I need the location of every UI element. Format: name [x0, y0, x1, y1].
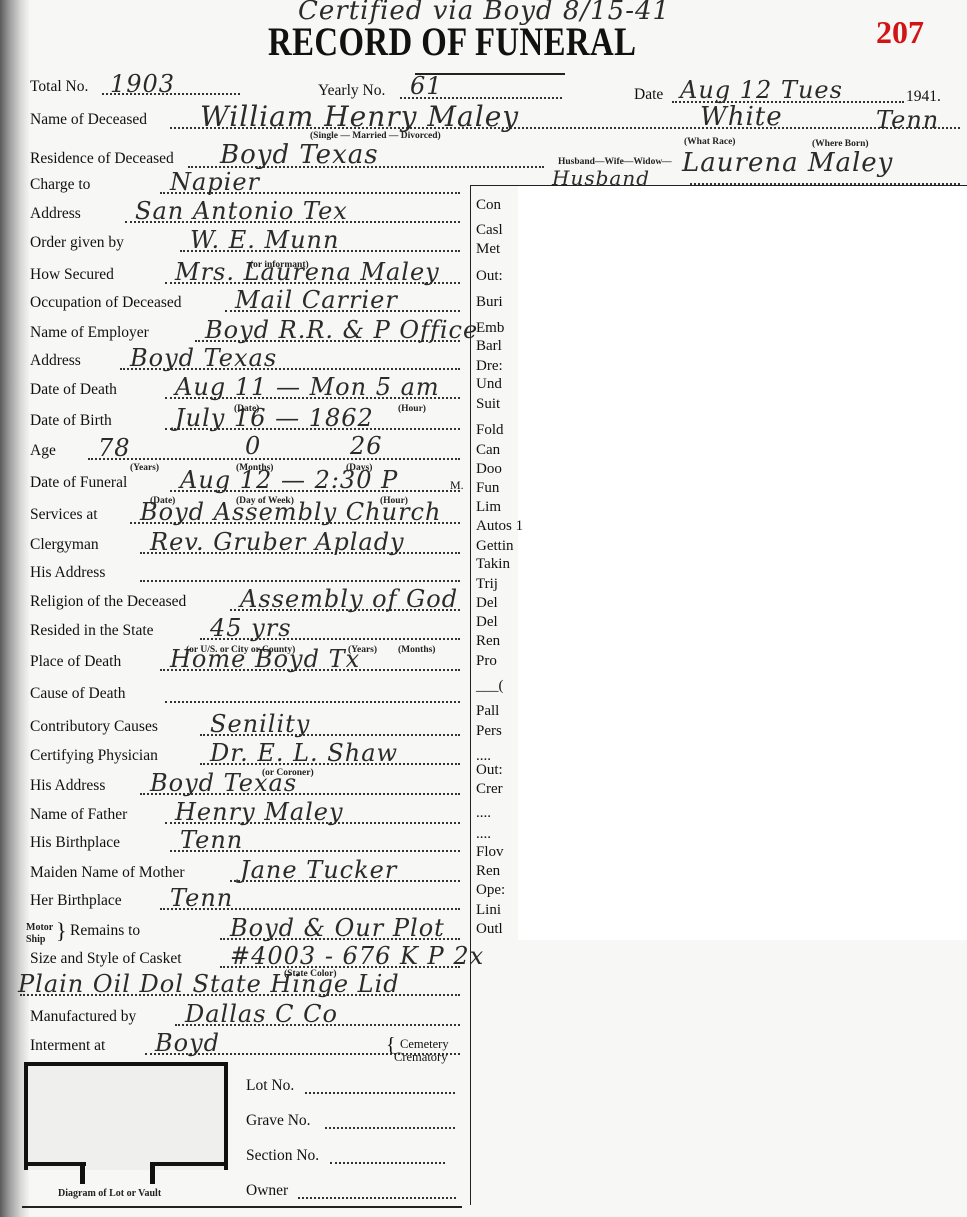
charge-item-label: Autos 1: [476, 518, 523, 535]
physician-caption: (or Coroner): [262, 768, 314, 778]
mother-label: Maiden Name of Mother: [30, 864, 185, 882]
charge-item-label: Flov: [476, 844, 504, 861]
charge-item-label: Trij: [476, 576, 498, 593]
interment-value: Boyd: [155, 1029, 220, 1057]
remains-mode-prefix: Ship: [26, 934, 45, 945]
dotted-line: [305, 1092, 455, 1094]
owner-label: Owner: [246, 1182, 288, 1200]
funeral-date-caption: (Date): [150, 496, 175, 506]
name-of-deceased-value: William Henry Maley: [200, 100, 519, 133]
charge-item-label: Pall: [476, 703, 499, 720]
page-number: 207: [876, 14, 924, 51]
interment-option-crematory: Crematory: [394, 1050, 447, 1065]
charge-item-label: Emb: [476, 320, 504, 337]
age-months-caption: (Months): [236, 463, 273, 473]
mother-value: Jane Tucker: [240, 856, 397, 884]
race-value: White: [700, 102, 783, 132]
charge-item-label: Pro: [476, 653, 497, 670]
remains-to-value: Boyd & Our Plot: [230, 914, 445, 942]
mother-birthplace-label: Her Birthplace: [30, 892, 122, 910]
charges-panel-blank: [518, 185, 967, 940]
charge-item-label: Lini: [476, 902, 501, 919]
diagram-edge: [152, 1162, 224, 1166]
page-binding-shadow: [0, 0, 30, 1217]
spouse-name: Laurena Maley: [682, 148, 893, 178]
funeral-meridiem: M.: [450, 478, 464, 493]
order-given-by-value: W. E. Munn: [190, 226, 339, 254]
clergy-address-label: His Address: [30, 564, 105, 582]
funeral-record-page: Certified via Boyd 8/15-41 RECORD OF FUN…: [0, 0, 967, 1217]
certifying-physician-value: Dr. E. L. Shaw: [210, 739, 398, 767]
father-label: Name of Father: [30, 806, 127, 824]
employer-address-label: Address: [30, 352, 81, 370]
residence-value: Boyd Texas: [220, 140, 379, 170]
dotted-line: [140, 580, 460, 582]
age-days-caption: (Days): [346, 463, 372, 473]
charge-item-label: Barl: [476, 338, 502, 355]
charge-item-label: Lim: [476, 499, 501, 516]
charge-item-label: Out:: [476, 268, 503, 285]
yearly-no-value: 61: [410, 72, 443, 100]
employer-value: Boyd R.R. & P Office: [205, 316, 478, 344]
death-date-caption: (Date): [234, 404, 259, 414]
charge-item-label: Can: [476, 442, 500, 459]
charge-item-label: Ope:: [476, 882, 505, 899]
charge-item-label: ___(: [476, 678, 504, 695]
remains-mode-prefix: Motor: [26, 922, 53, 933]
total-no-label: Total No.: [30, 78, 88, 96]
funeral-dow-caption: (Day of Week): [236, 496, 294, 506]
mother-birthplace-value: Tenn: [170, 884, 233, 912]
charge-item-label: Outl: [476, 921, 503, 938]
age-label: Age: [30, 442, 56, 460]
age-months-value: 0: [245, 432, 261, 460]
death-hour-caption: (Hour): [398, 404, 426, 414]
yearly-no-label: Yearly No.: [318, 82, 385, 100]
father-birthplace-value: Tenn: [180, 826, 243, 854]
charge-item-label: Casl: [476, 222, 503, 239]
order-given-by-label: Order given by: [30, 234, 124, 252]
certifying-physician-label: Certifying Physician: [30, 747, 158, 765]
date-of-death-value: Aug 11 — Mon 5 am: [175, 373, 440, 401]
charge-item-label: Del: [476, 595, 498, 612]
how-secured-label: How Secured: [30, 266, 114, 284]
charge-item-label: Del: [476, 614, 498, 631]
resided-years-caption: (Years): [348, 645, 377, 655]
charge-item-label: Gettin: [476, 538, 514, 555]
manufactured-by-value: Dallas C Co: [185, 1000, 338, 1028]
contributory-causes-value: Senility: [210, 710, 310, 738]
charge-item-label: ....: [476, 826, 491, 843]
grave-no-label: Grave No.: [246, 1112, 311, 1130]
date-year: 1941.: [906, 88, 941, 106]
remains-to-label: Remains to: [70, 922, 140, 940]
resided-in-state-label: Resided in the State: [30, 622, 154, 640]
diagram-caption: Diagram of Lot or Vault: [58, 1188, 161, 1199]
resided-months-caption: (Months): [398, 645, 435, 655]
date-of-funeral-label: Date of Funeral: [30, 474, 127, 492]
charge-item-label: ....: [476, 805, 491, 822]
father-birthplace-label: His Birthplace: [30, 834, 120, 852]
funeral-hour-caption: (Hour): [380, 496, 408, 506]
charge-item-label: Met: [476, 241, 500, 258]
dotted-line: [298, 1197, 456, 1199]
age-years-caption: (Years): [130, 463, 159, 473]
charge-item-label: Crer: [476, 781, 503, 798]
father-value: Henry Maley: [175, 798, 344, 826]
charge-to-label: Charge to: [30, 176, 90, 194]
charge-item-label: Fold: [476, 422, 504, 439]
date-of-birth-value: July 16 — 1862: [175, 404, 374, 432]
total-no-value: 1903: [110, 70, 175, 98]
place-of-death-label: Place of Death: [30, 653, 121, 671]
charge-item-label: Und: [476, 376, 502, 393]
race-caption: (What Race): [684, 137, 735, 147]
dotted-line: [325, 1127, 455, 1129]
resided-caption: (or U/S. or City or County): [186, 645, 295, 655]
age-value: 78: [98, 434, 131, 462]
charge-item-label: Buri: [476, 294, 503, 311]
casket-caption: (State Color): [284, 969, 337, 979]
remains-brace: }: [56, 918, 67, 944]
casket-label: Size and Style of Casket: [30, 950, 182, 968]
interment-label: Interment at: [30, 1037, 105, 1055]
address-label: Address: [30, 205, 81, 223]
charges-top-border: [470, 185, 967, 186]
charge-item-label: Ren: [476, 633, 500, 650]
date-of-birth-label: Date of Birth: [30, 412, 112, 430]
lot-no-label: Lot No.: [246, 1077, 294, 1095]
charge-item-label: Suit: [476, 396, 500, 413]
services-at-label: Services at: [30, 506, 98, 524]
charge-item-label: Doo: [476, 461, 502, 478]
dotted-line: [20, 994, 460, 996]
religion-value: Assembly of God: [240, 585, 458, 613]
residence-label: Residence of Deceased: [30, 150, 174, 168]
age-days-value: 26: [350, 432, 383, 460]
dotted-line: [88, 458, 460, 460]
charge-item-label: Fun: [476, 480, 499, 497]
diagram-post: [150, 1162, 155, 1184]
section-no-label: Section No.: [246, 1147, 319, 1165]
manufactured-by-label: Manufactured by: [30, 1008, 136, 1026]
casket-value: #4003 - 676 K P 2x: [230, 942, 484, 970]
charge-to-value: Napier: [170, 168, 260, 196]
religion-label: Religion of the Deceased: [30, 593, 186, 611]
clergyman-label: Clergyman: [30, 536, 99, 554]
where-born-value: Tenn: [876, 106, 939, 134]
date-value: Aug 12 Tues: [680, 76, 843, 104]
bottom-rule: [22, 1206, 462, 1208]
charge-item-label: Dre:: [476, 358, 503, 375]
date-of-death-label: Date of Death: [30, 381, 117, 399]
date-label: Date: [634, 86, 663, 104]
charge-item-label: Con: [476, 197, 501, 214]
order-caption: (or informant): [250, 260, 309, 270]
contributory-causes-label: Contributory Causes: [30, 718, 158, 736]
resided-in-state-value: 45 yrs: [210, 614, 292, 642]
charge-item-label: Out:: [476, 762, 503, 779]
lot-vault-diagram: [24, 1062, 228, 1170]
employer-address-value: Boyd Texas: [130, 344, 277, 372]
diagram-edge: [24, 1162, 86, 1166]
name-of-deceased-label: Name of Deceased: [30, 111, 147, 129]
diagram-post: [80, 1162, 85, 1184]
address-value: San Antonio Tex: [135, 197, 348, 225]
charge-item-label: Ren: [476, 863, 500, 880]
cause-of-death-label: Cause of Death: [30, 685, 126, 703]
dotted-line: [165, 701, 460, 703]
employer-label: Name of Employer: [30, 324, 149, 342]
page-title: RECORD OF FUNERAL: [268, 18, 636, 65]
clergyman-value: Rev. Gruber Aplady: [150, 528, 405, 556]
physician-address-label: His Address: [30, 777, 105, 795]
charge-item-label: Pers: [476, 723, 502, 740]
charge-item-label: Takin: [476, 556, 510, 573]
occupation-label: Occupation of Deceased: [30, 294, 181, 312]
occupation-value: Mail Carrier: [235, 286, 398, 314]
dotted-line: [330, 1162, 445, 1164]
